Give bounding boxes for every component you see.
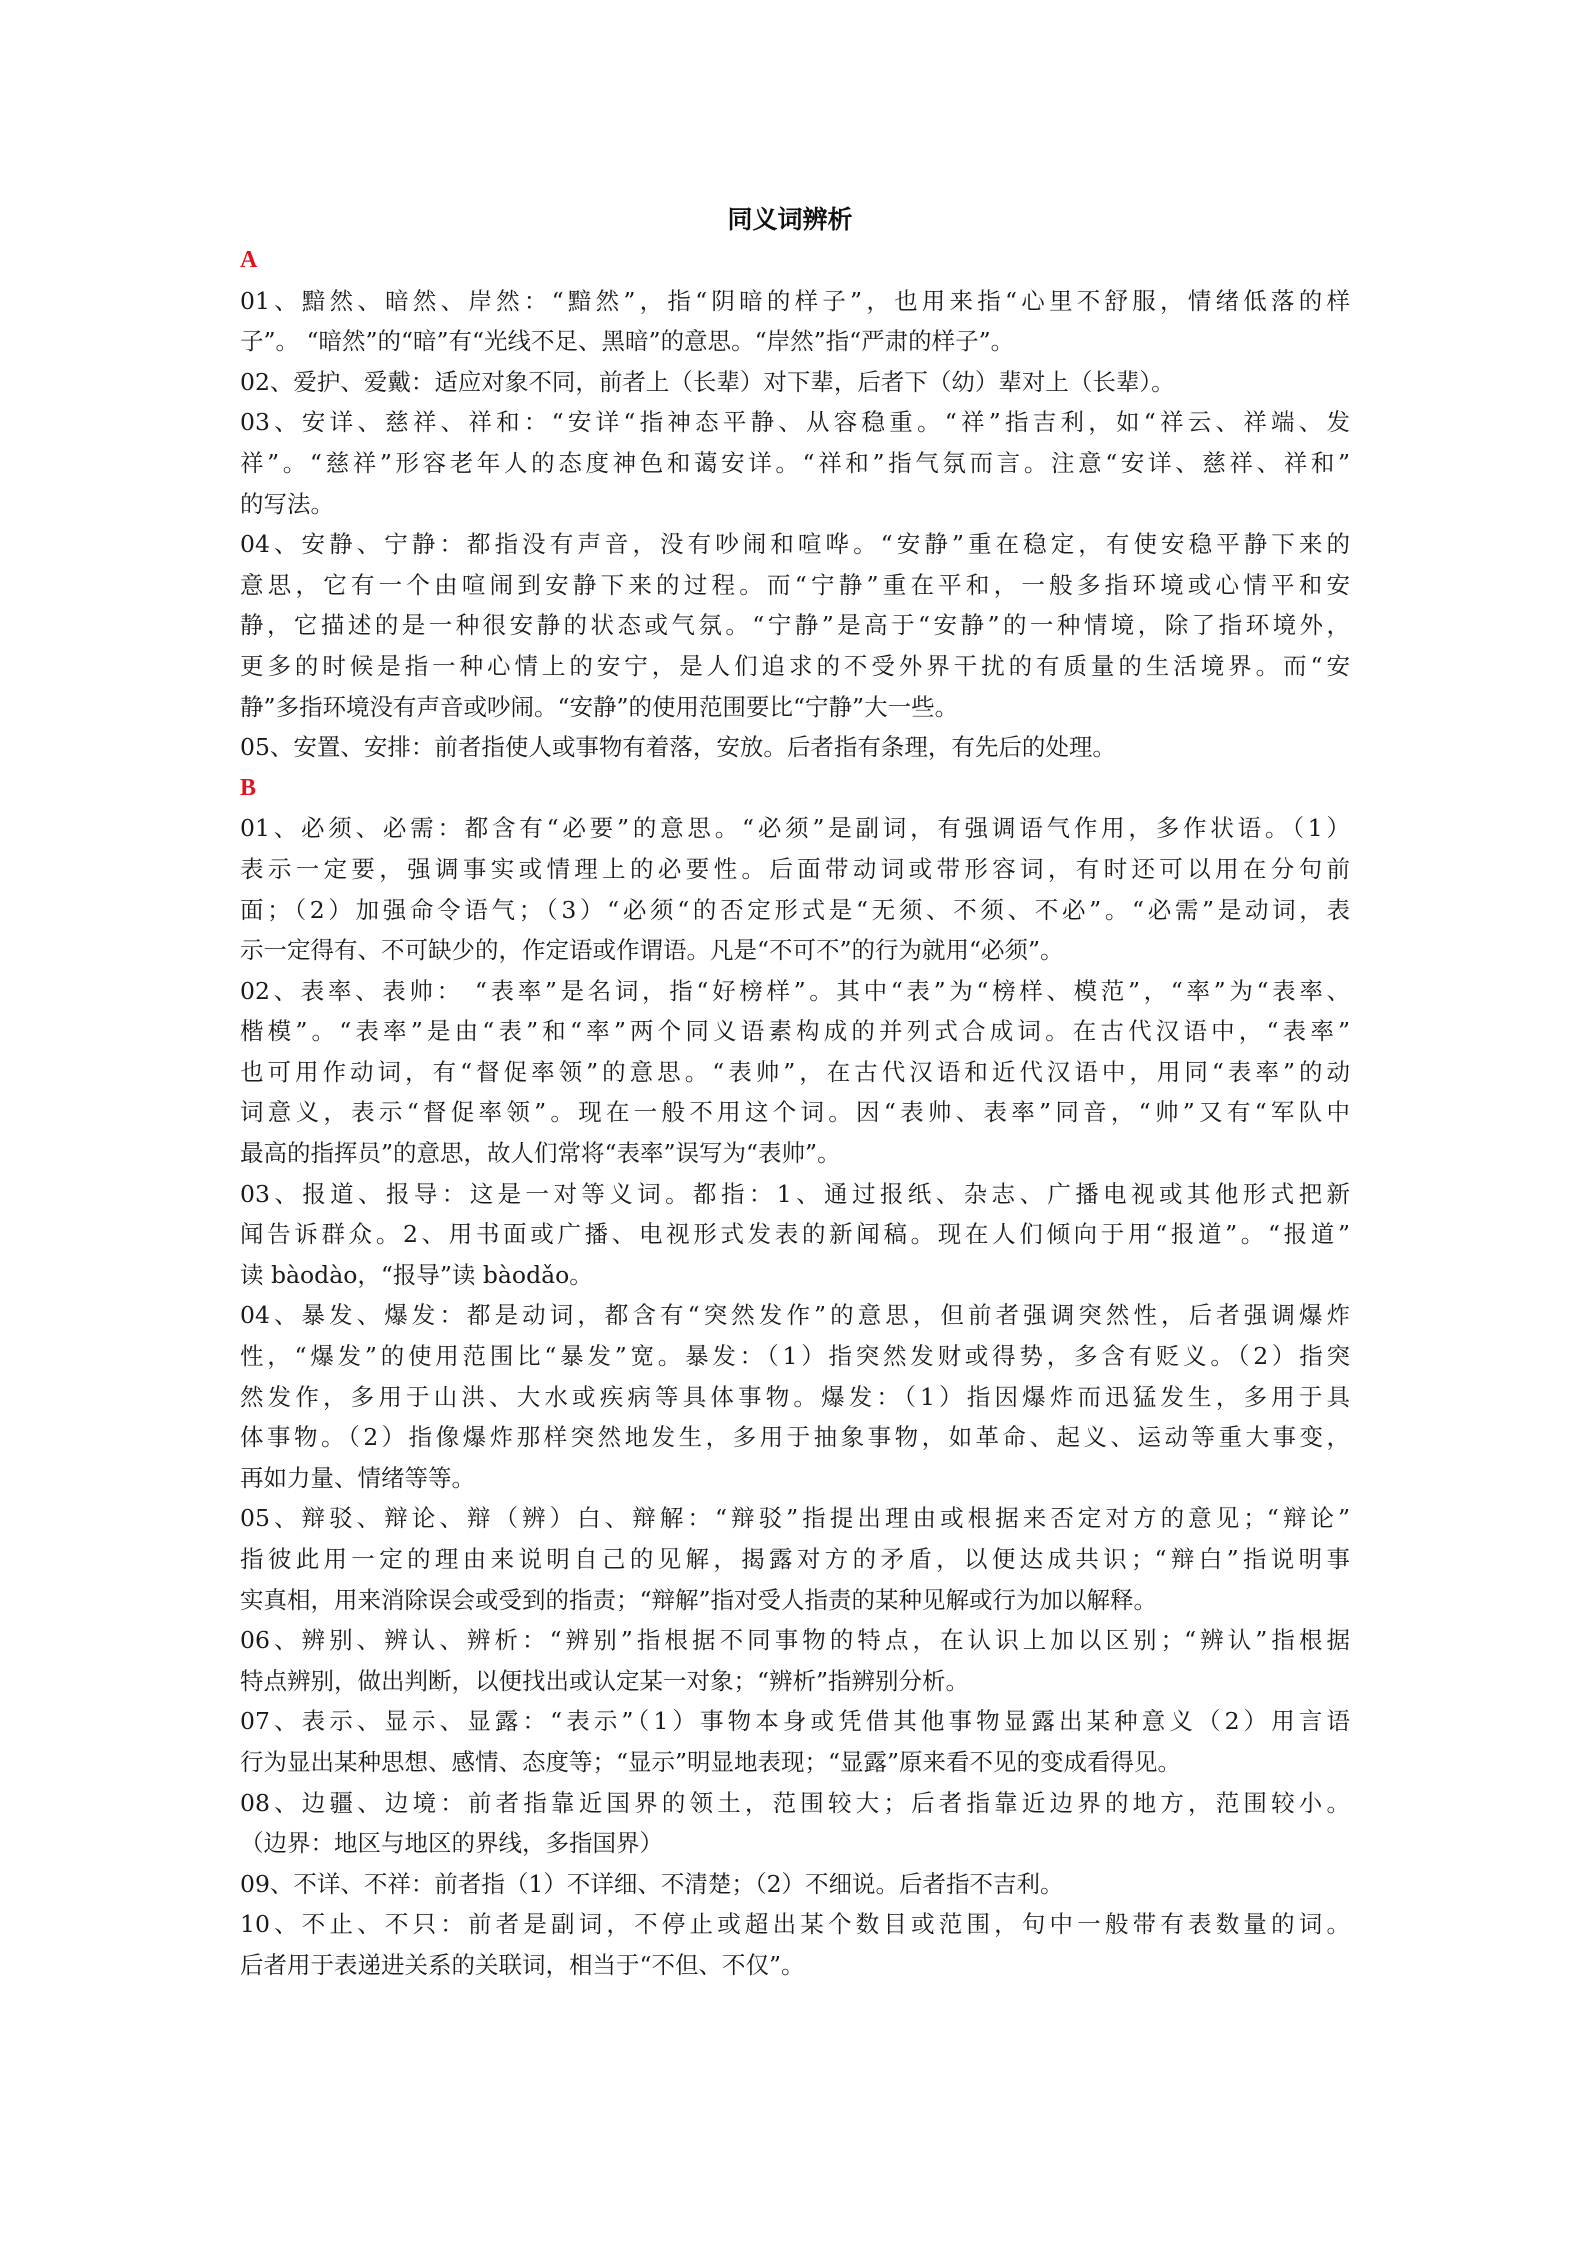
entry-line: 子”。 “暗然”的“暗”有“光线不足、黑暗”的意思。“岸然”指“严肃的样子”。 — [240, 321, 1350, 362]
entry-line: 也可用作动词，有“督促率领”的意思。“表帅”，在古代汉语和近代汉语中，用同“表率… — [240, 1052, 1350, 1093]
entry-line: 意思，它有一个由喧闹到安静下来的过程。而“宁静”重在平和，一般多指环境或心情平和… — [240, 565, 1350, 606]
entry-item: 04、安静、宁静：都指没有声音，没有吵闹和喧哗。“安静”重在稳定，有使安稳平静下… — [240, 524, 1350, 727]
entry-item: 07、表示、显示、显露：“表示”（1）事物本身或凭借其他事物显露出某种意义（2）… — [240, 1701, 1350, 1782]
entry-line: 特点辨别，做出判断，以便找出或认定某一对象；“辨析”指辨别分析。 — [240, 1661, 1350, 1702]
entry-item: 03、安详、慈祥、祥和：“安详“指神态平静、从容稳重。“祥”指吉利，如“祥云、祥… — [240, 402, 1350, 524]
document-page: 同义词辨析 A01、黯然、暗然、岸然：“黯然”，指“阴暗的样子”，也用来指“心里… — [240, 200, 1350, 1986]
entry-line: 后者用于表递进关系的关联词，相当于“不但、不仅”。 — [240, 1945, 1350, 1986]
document-body: A01、黯然、暗然、岸然：“黯然”，指“阴暗的样子”，也用来指“心里不舒服，情绪… — [240, 240, 1350, 1986]
entry-line: 静”多指环境没有声音或吵闹。“安静”的使用范围要比“宁静”大一些。 — [240, 687, 1350, 728]
entry-item: 01、必须、必需：都含有“必要”的意思。“必须”是副词，有强调语气作用，多作状语… — [240, 808, 1350, 970]
entry-line: 04、安静、宁静：都指没有声音，没有吵闹和喧哗。“安静”重在稳定，有使安稳平静下… — [240, 524, 1350, 565]
entry-line: 01、黯然、暗然、岸然：“黯然”，指“阴暗的样子”，也用来指“心里不舒服，情绪低… — [240, 281, 1350, 322]
entry-line: 面；（2）加强命令语气；（3）“必须“的否定形式是“无须、不须、不必”。“必需”… — [240, 890, 1350, 931]
entry-line: 更多的时候是指一种心情上的安宁，是人们追求的不受外界干扰的有质量的生活境界。而“… — [240, 646, 1350, 687]
entry-line: 03、报道、报导：这是一对等义词。都指：1、通过报纸、杂志、广播电视或其他形式把… — [240, 1174, 1350, 1215]
entry-item: 04、暴发、爆发：都是动词，都含有“突然发作”的意思，但前者强调突然性，后者强调… — [240, 1295, 1350, 1498]
page-title: 同义词辨析 — [230, 200, 1350, 240]
section-b: B01、必须、必需：都含有“必要”的意思。“必须”是副词，有强调语气作用，多作状… — [240, 768, 1350, 1986]
entry-line: 09、不详、不祥：前者指（1）不详细、不清楚；（2）不细说。后者指不吉利。 — [240, 1864, 1350, 1905]
entry-line: 05、安置、安排：前者指使人或事物有着落，安放。后者指有条理，有先后的处理。 — [240, 727, 1350, 768]
entry-line: 指彼此用一定的理由来说明自己的见解，揭露对方的矛盾，以便达成共识；“辩白”指说明… — [240, 1539, 1350, 1580]
entry-item: 08、边疆、边境：前者指靠近国界的领土，范围较大；后者指靠近边界的地方，范围较小… — [240, 1783, 1350, 1864]
entry-line: 07、表示、显示、显露：“表示”（1）事物本身或凭借其他事物显露出某种意义（2）… — [240, 1701, 1350, 1742]
entry-item: 06、辨别、辨认、辨析：“辨别”指根据不同事物的特点，在认识上加以区别；“辨认”… — [240, 1620, 1350, 1701]
entry-line: 词意义，表示“督促率领”。现在一般不用这个词。因“表帅、表率”同音，“帅”又有“… — [240, 1092, 1350, 1133]
entry-line: 10、不止、不只：前者是副词，不停止或超出某个数目或范围，句中一般带有表数量的词… — [240, 1904, 1350, 1945]
section-letter: B — [240, 768, 1350, 809]
entry-item: 10、不止、不只：前者是副词，不停止或超出某个数目或范围，句中一般带有表数量的词… — [240, 1904, 1350, 1985]
entry-line: 静，它描述的是一种很安静的状态或气氛。“宁静”是高于“安静”的一种情境，除了指环… — [240, 605, 1350, 646]
entry-item: 05、辩驳、辩论、辩（辨）白、辩解：“辩驳”指提出理由或根据来否定对方的意见；“… — [240, 1498, 1350, 1620]
entry-line: 示一定得有、不可缺少的，作定语或作谓语。凡是“不可不”的行为就用“必须”。 — [240, 930, 1350, 971]
entry-line: 读 bàodào，“报导”读 bàodǎo。 — [240, 1255, 1350, 1296]
section-a: A01、黯然、暗然、岸然：“黯然”，指“阴暗的样子”，也用来指“心里不舒服，情绪… — [240, 240, 1350, 768]
entry-line: 再如力量、情绪等等。 — [240, 1458, 1350, 1499]
entry-line: 的写法。 — [240, 484, 1350, 525]
entry-line: 表示一定要，强调事实或情理上的必要性。后面带动词或带形容词，有时还可以用在分句前 — [240, 849, 1350, 890]
entry-item: 09、不详、不祥：前者指（1）不详细、不清楚；（2）不细说。后者指不吉利。 — [240, 1864, 1350, 1905]
entry-line: 体事物。（2）指像爆炸那样突然地发生，多用于抽象事物，如革命、起义、运动等重大事… — [240, 1417, 1350, 1458]
entry-item: 01、黯然、暗然、岸然：“黯然”，指“阴暗的样子”，也用来指“心里不舒服，情绪低… — [240, 281, 1350, 362]
entry-line: 然发作，多用于山洪、大水或疾病等具体事物。爆发：（1）指因爆炸而迅猛发生，多用于… — [240, 1377, 1350, 1418]
entry-line: 06、辨别、辨认、辨析：“辨别”指根据不同事物的特点，在认识上加以区别；“辨认”… — [240, 1620, 1350, 1661]
entry-line: 最高的指挥员”的意思，故人们常将“表率”误写为“表帅”。 — [240, 1133, 1350, 1174]
entry-line: 行为显出某种思想、感情、态度等；“显示”明显地表现；“显露”原来看不见的变成看得… — [240, 1742, 1350, 1783]
section-letter: A — [240, 240, 1350, 281]
entry-line: 祥”。“慈祥”形容老年人的态度神色和蔼安详。“祥和”指气氛而言。注意“安详、慈祥… — [240, 443, 1350, 484]
entry-line: （边界：地区与地区的界线，多指国界） — [240, 1823, 1350, 1864]
entry-line: 楷模”。“表率”是由“表”和“率”两个同义语素构成的并列式合成词。在古代汉语中，… — [240, 1011, 1350, 1052]
entry-line: 闻告诉群众。2、用书面或广播、电视形式发表的新闻稿。现在人们倾向于用“报道”。“… — [240, 1214, 1350, 1255]
entry-line: 01、必须、必需：都含有“必要”的意思。“必须”是副词，有强调语气作用，多作状语… — [240, 808, 1350, 849]
entry-line: 03、安详、慈祥、祥和：“安详“指神态平静、从容稳重。“祥”指吉利，如“祥云、祥… — [240, 402, 1350, 443]
entry-line: 实真相，用来消除误会或受到的指责；“辩解”指对受人指责的某种见解或行为加以解释。 — [240, 1580, 1350, 1621]
entry-item: 02、爱护、爱戴：适应对象不同，前者上（长辈）对下辈，后者下（幼）辈对上（长辈）… — [240, 362, 1350, 403]
entry-line: 02、表率、表帅： “表率”是名词，指“好榜样”。其中“表”为“榜样、模范”，“… — [240, 971, 1350, 1012]
entry-line: 05、辩驳、辩论、辩（辨）白、辩解：“辩驳”指提出理由或根据来否定对方的意见；“… — [240, 1498, 1350, 1539]
entry-item: 02、表率、表帅： “表率”是名词，指“好榜样”。其中“表”为“榜样、模范”，“… — [240, 971, 1350, 1174]
entry-line: 04、暴发、爆发：都是动词，都含有“突然发作”的意思，但前者强调突然性，后者强调… — [240, 1295, 1350, 1336]
entry-item: 03、报道、报导：这是一对等义词。都指：1、通过报纸、杂志、广播电视或其他形式把… — [240, 1174, 1350, 1296]
entry-item: 05、安置、安排：前者指使人或事物有着落，安放。后者指有条理，有先后的处理。 — [240, 727, 1350, 768]
entry-line: 性，“爆发”的使用范围比“暴发”宽。暴发：（1）指突然发财或得势，多含有贬义。（… — [240, 1336, 1350, 1377]
entry-line: 02、爱护、爱戴：适应对象不同，前者上（长辈）对下辈，后者下（幼）辈对上（长辈）… — [240, 362, 1350, 403]
entry-line: 08、边疆、边境：前者指靠近国界的领土，范围较大；后者指靠近边界的地方，范围较小… — [240, 1783, 1350, 1824]
